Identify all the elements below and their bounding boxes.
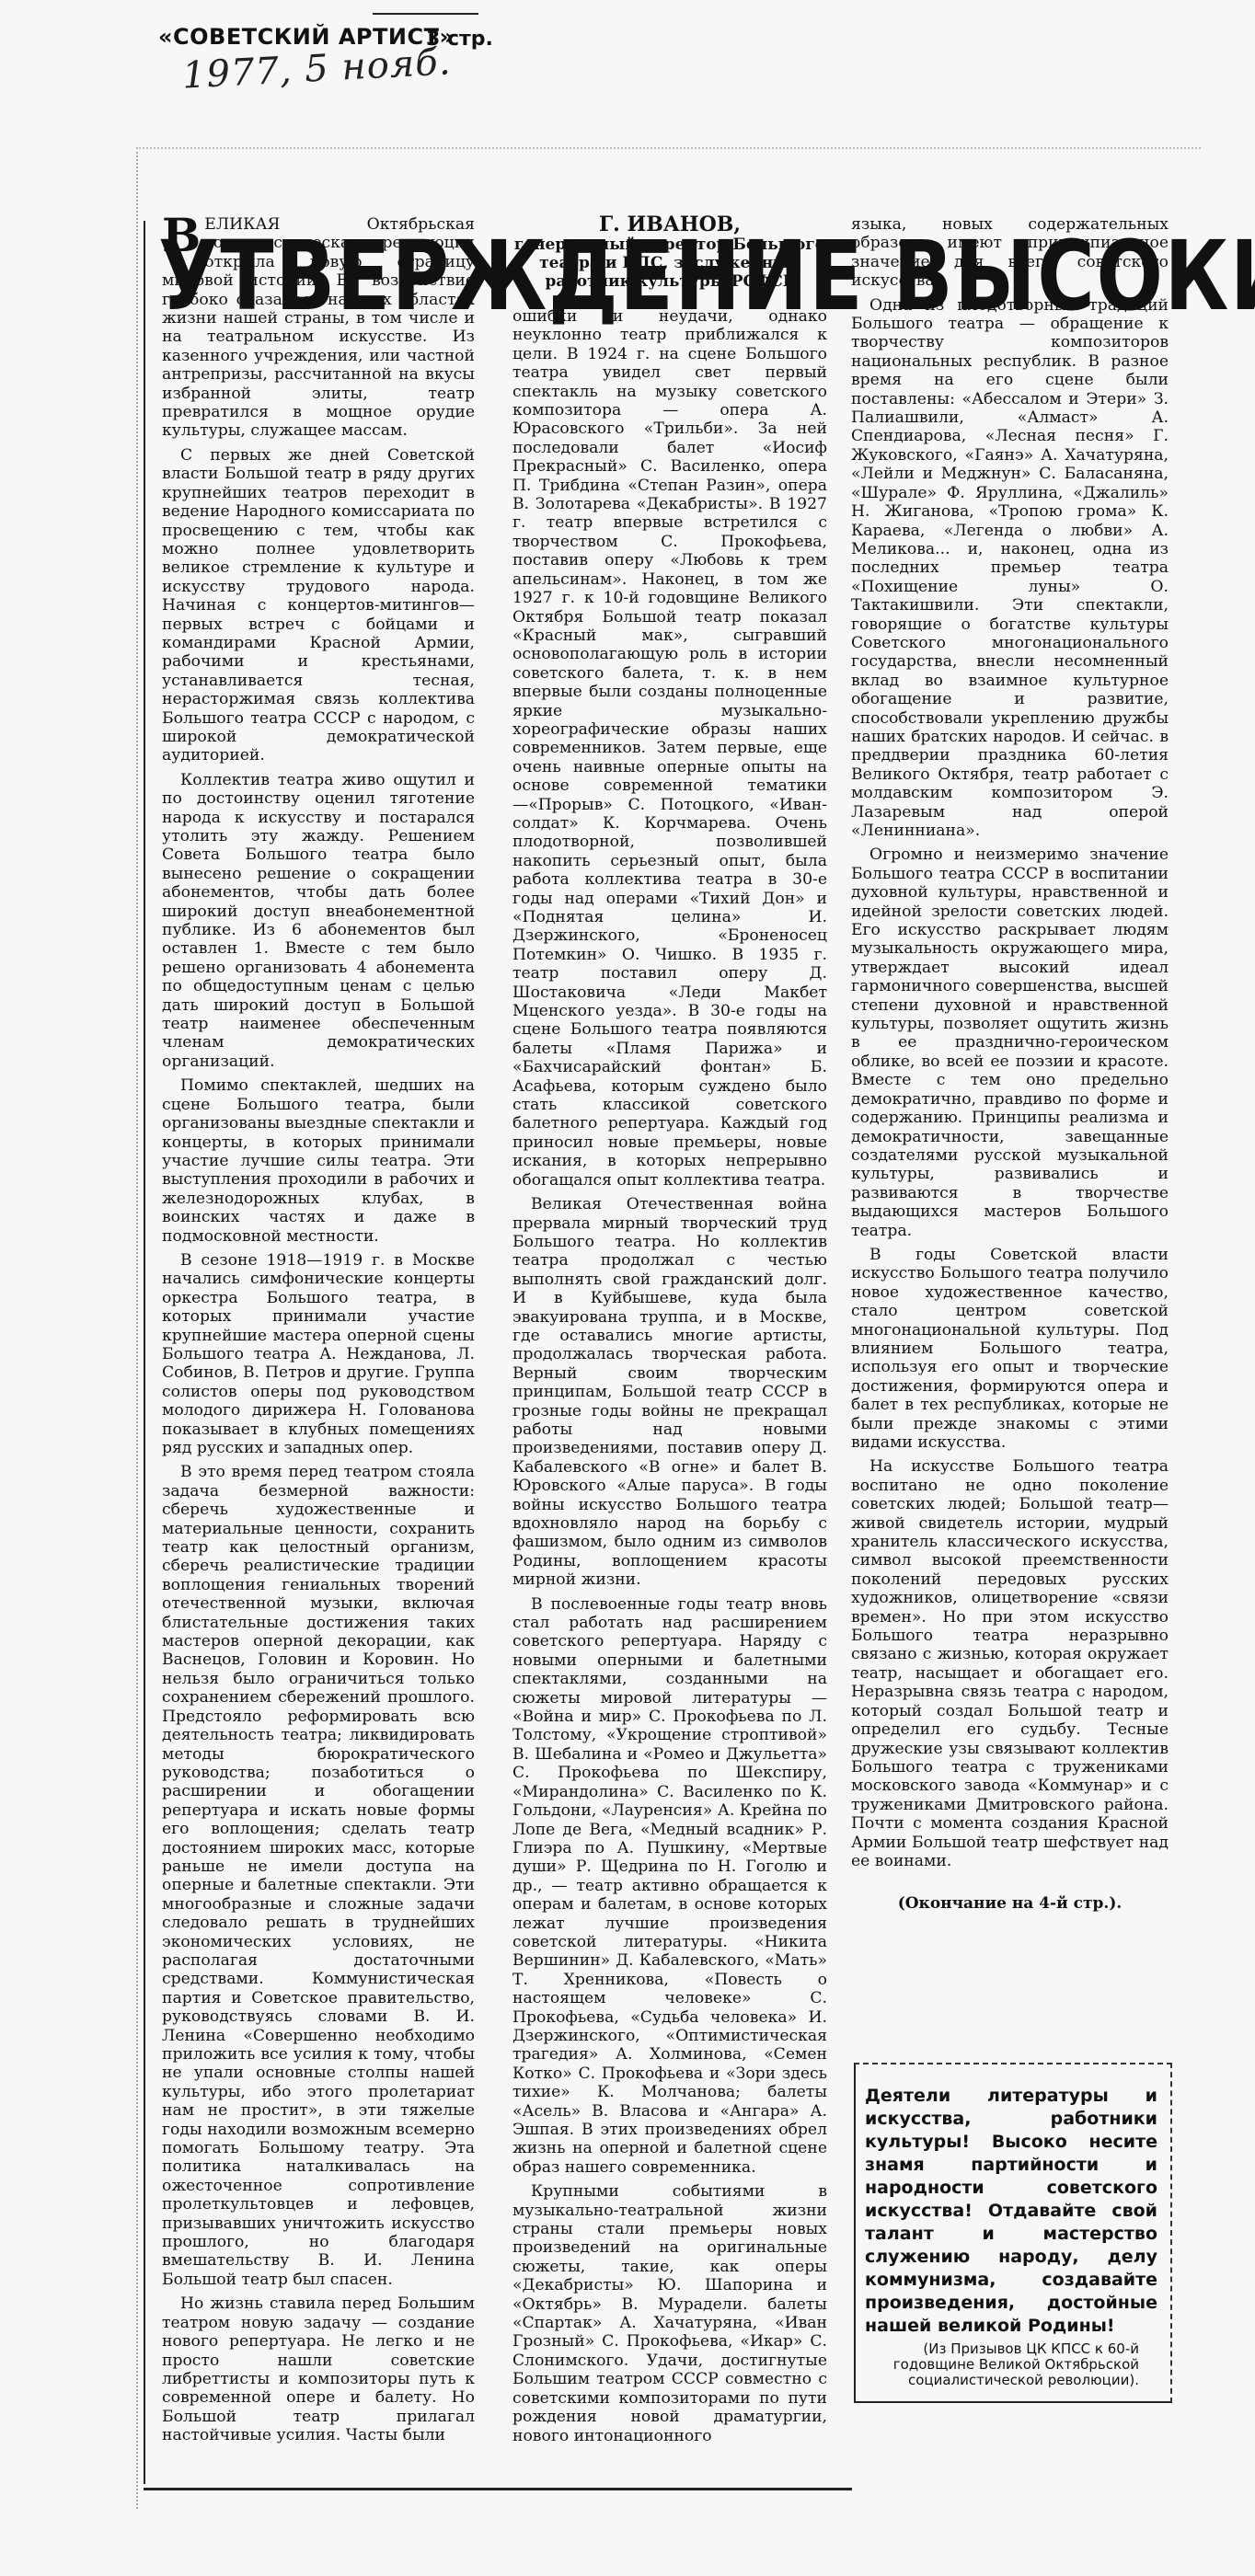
continuation-note: (Окончание на 4-й стр.). [851, 1894, 1169, 1913]
paragraph: языка, новых содержательных образов, име… [851, 215, 1169, 291]
drop-cap: В [162, 217, 201, 254]
author-title: генеральный директор Большого театра и К… [514, 236, 825, 291]
article-column-2: Г. ИВАНОВ, генеральный директор Большого… [512, 215, 827, 2451]
paragraph: В сезоне 1918—1919 г. в Москве начались … [162, 1251, 475, 1457]
author-byline: Г. ИВАНОВ, генеральный директор Большого… [512, 215, 827, 291]
paragraph: Но жизнь ставила перед Большим театром н… [162, 2294, 475, 2444]
article-column-1: ВЕЛИКАЯ Октябрьская социалистическая рев… [162, 215, 475, 2451]
paragraph: ВЕЛИКАЯ Октябрьская социалистическая рев… [162, 215, 475, 441]
paragraph: В послевоенные годы театр вновь стал раб… [512, 1595, 827, 2178]
paragraph: Великая Отечественная война прервала мир… [512, 1195, 827, 1590]
slogan-source: (Из Призывов ЦК КПСС к 60-й годовщине Ве… [865, 2341, 1157, 2388]
paragraph: В годы Советской власти искусство Большо… [851, 1246, 1169, 1452]
paragraph: Крупными событиями в музыкально-театраль… [512, 2182, 827, 2445]
paragraph: Одна из плодотворных традиций Большого т… [851, 296, 1169, 841]
paragraph: В это время перед театром стояла задача … [162, 1463, 475, 2289]
left-column-rule [144, 221, 145, 2484]
article-column-3: языка, новых содержательных образов, име… [851, 215, 1169, 1914]
paragraph: ошибки и неудачи, однако неуклонно театр… [512, 307, 827, 1190]
paragraph-text: ЕЛИКАЯ Октябрьская социалистическая рево… [162, 215, 475, 440]
slogan-box: Деятели литературы и искусства, работник… [854, 2063, 1172, 2403]
bottom-rule [144, 2488, 852, 2490]
paragraph: Коллектив театра живо ощутил и по достои… [162, 771, 475, 1072]
paragraph: С первых же дней Советской власти Большо… [162, 446, 475, 765]
slogan-text: Деятели литературы и искусства, работник… [865, 2085, 1157, 2338]
top-rule [373, 13, 478, 15]
author-name: Г. ИВАНОВ, [512, 215, 827, 234]
paragraph: Помимо спектаклей, шедших на сцене Больш… [162, 1076, 475, 1246]
paragraph: На искусстве Большого театра воспитано н… [851, 1457, 1169, 1870]
paragraph: Огромно и неизмеримо значение Большого т… [851, 845, 1169, 1240]
